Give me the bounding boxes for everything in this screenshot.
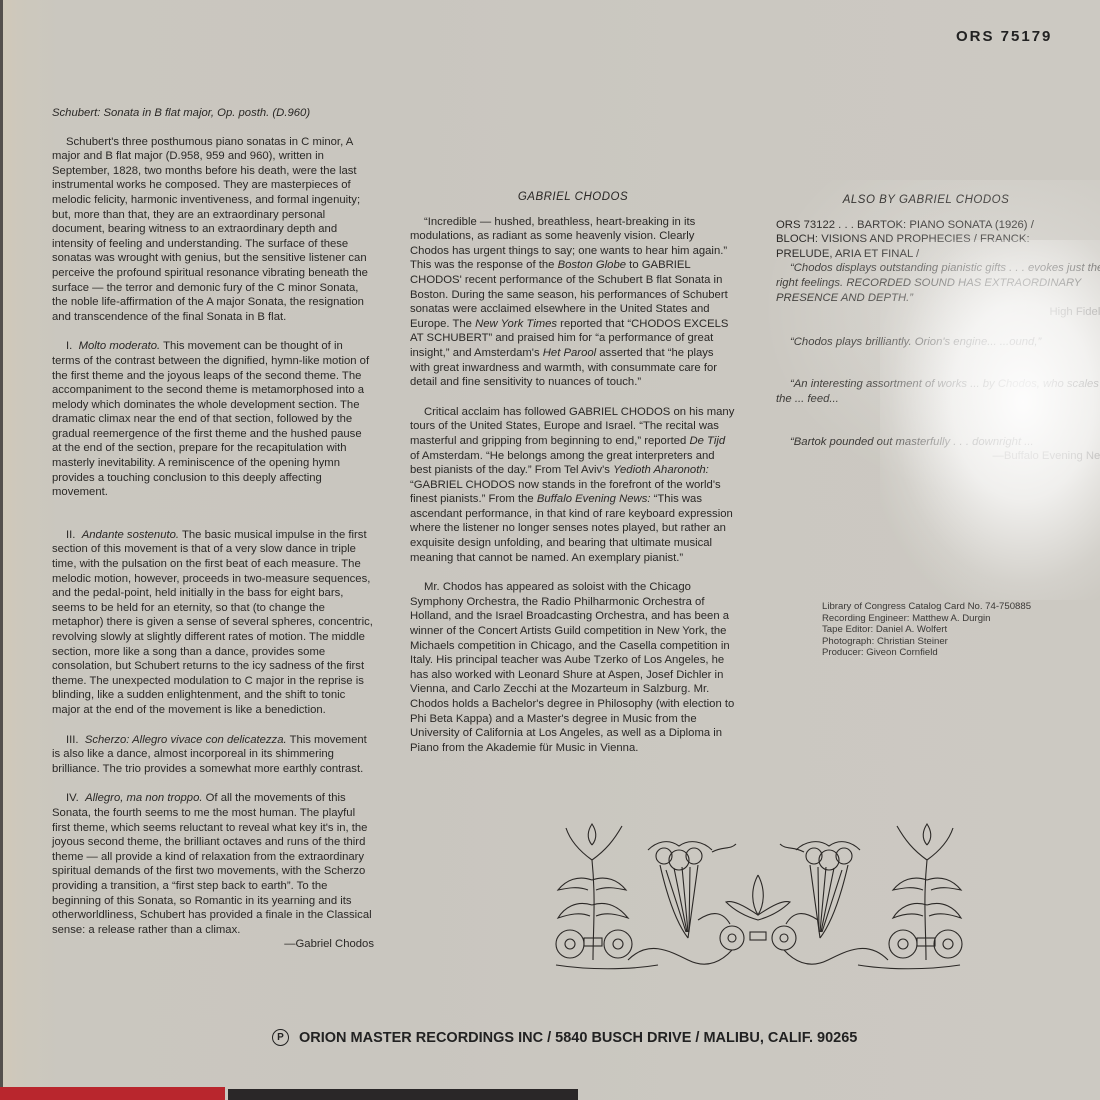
credit-line: Library of Congress Catalog Card No. 74-… [822,601,1031,613]
review-quote: “Chodos plays brilliantly. Orion's engin… [776,335,1100,350]
discography-listing: ORS 73122 . . . BARTOK: PIANO SONATA (19… [776,218,1076,262]
black-color-strip [228,1089,578,1100]
movement-3: III. Scherzo: Allegro vivace con delicat… [52,733,374,777]
production-credits: Library of Congress Catalog Card No. 74-… [822,601,1031,659]
movement-4: IV. Allegro, ma non troppo. Of all the m… [52,791,374,937]
credit-line: Recording Engineer: Matthew A. Durgin [822,613,1031,625]
catalog-number: ORS 75179 [956,28,1052,45]
label-footer: P ORION MASTER RECORDINGS INC / 5840 BUS… [272,1029,857,1046]
notes-title: Schubert: Sonata in B flat major, Op. po… [52,106,374,121]
author-signature: —Gabriel Chodos [52,937,374,952]
liner-notes-column: Schubert: Sonata in B flat major, Op. po… [52,106,374,952]
sleeve-edge [0,0,3,1100]
also-by-column: ALSO BY GABRIEL CHODOS ORS 73122 . . . B… [776,193,1100,464]
credit-line: Producer: Giveon Cornfield [822,647,1031,659]
label-address: ORION MASTER RECORDINGS INC / 5840 BUSCH… [299,1030,857,1046]
review-quote: “An interesting assortment of works ... … [776,377,1100,406]
review-quote: “Chodos displays outstanding pianistic g… [776,261,1100,305]
bio-heading: GABRIEL CHODOS [410,190,736,205]
review-quote: “Bartok pounded out masterfully . . . do… [776,435,1100,450]
bio-paragraph-1: “Incredible — hushed, breathless, heart-… [410,215,736,390]
floral-ornament-illustration [548,820,968,975]
phonogram-copyright-icon: P [272,1029,289,1046]
also-by-heading: ALSO BY GABRIEL CHODOS [776,193,1076,208]
review-source: —Buffalo Evening Nev [776,449,1100,464]
red-color-strip [0,1087,225,1100]
biography-column: GABRIEL CHODOS “Incredible — hushed, bre… [410,190,736,755]
review-source: High Fidelit [776,305,1100,320]
credit-line: Photograph: Christian Steiner [822,636,1031,648]
notes-intro: Schubert's three posthumous piano sonata… [52,135,374,325]
movement-1: I. Molto moderato. This movement can be … [52,339,374,500]
credit-line: Tape Editor: Daniel A. Wolfert [822,624,1031,636]
bio-paragraph-2: Critical acclaim has followed GABRIEL CH… [410,405,736,566]
bio-paragraph-3: Mr. Chodos has appeared as soloist with … [410,580,736,755]
movement-2: II. Andante sostenuto. The basic musical… [52,528,374,718]
